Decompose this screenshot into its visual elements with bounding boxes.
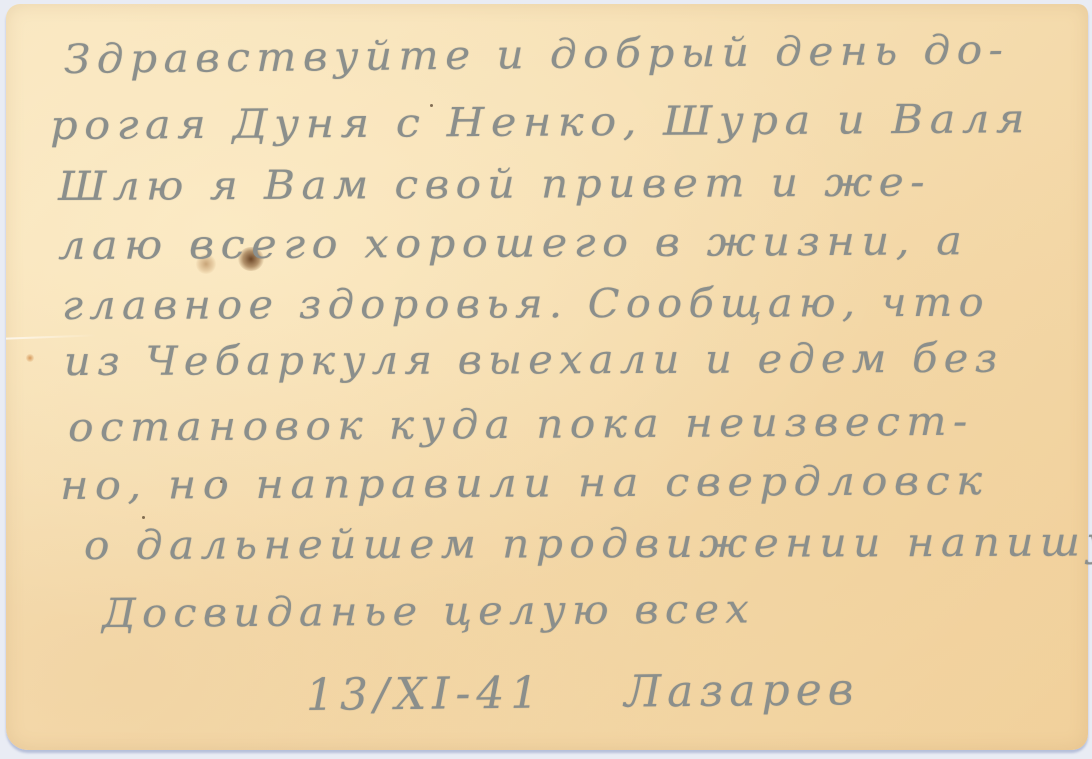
stain-small bbox=[26, 354, 34, 362]
letter-line-6: из Чебаркуля выехали и едем без bbox=[64, 339, 1004, 382]
paper-speck bbox=[142, 516, 145, 519]
letter-line-3: Шлю я Вам свой привет и же- bbox=[58, 162, 931, 207]
signature: Лазарев bbox=[624, 664, 860, 717]
letter-line-1: Здравствуйте и добрый день до- bbox=[64, 30, 1010, 80]
letter-line-8: но, но направили на свердловск bbox=[60, 461, 989, 506]
letter-line-9: о дальнейшем продвижении напишу bbox=[84, 522, 1092, 566]
postcard-paper: Здравствуйте и добрый день до- рогая Дун… bbox=[6, 4, 1088, 750]
closing-line: Досвиданье целую всех bbox=[102, 589, 755, 634]
letter-line-4: лаю всего хорошего в жизни, а bbox=[58, 221, 969, 266]
letter-line-2: рогая Дуня с Ненко, Шура и Валя bbox=[50, 99, 1031, 146]
letter-line-5: главное здоровья. Сообщаю, что bbox=[62, 283, 990, 326]
letter-line-7: остановок куда пока неизвест- bbox=[68, 402, 974, 448]
letter-date: 13/XI-41 bbox=[306, 668, 545, 721]
scanned-postcard: Здравствуйте и добрый день до- рогая Дун… bbox=[0, 0, 1092, 759]
date-signature-line: 13/XI-41 Лазарев bbox=[306, 668, 860, 718]
